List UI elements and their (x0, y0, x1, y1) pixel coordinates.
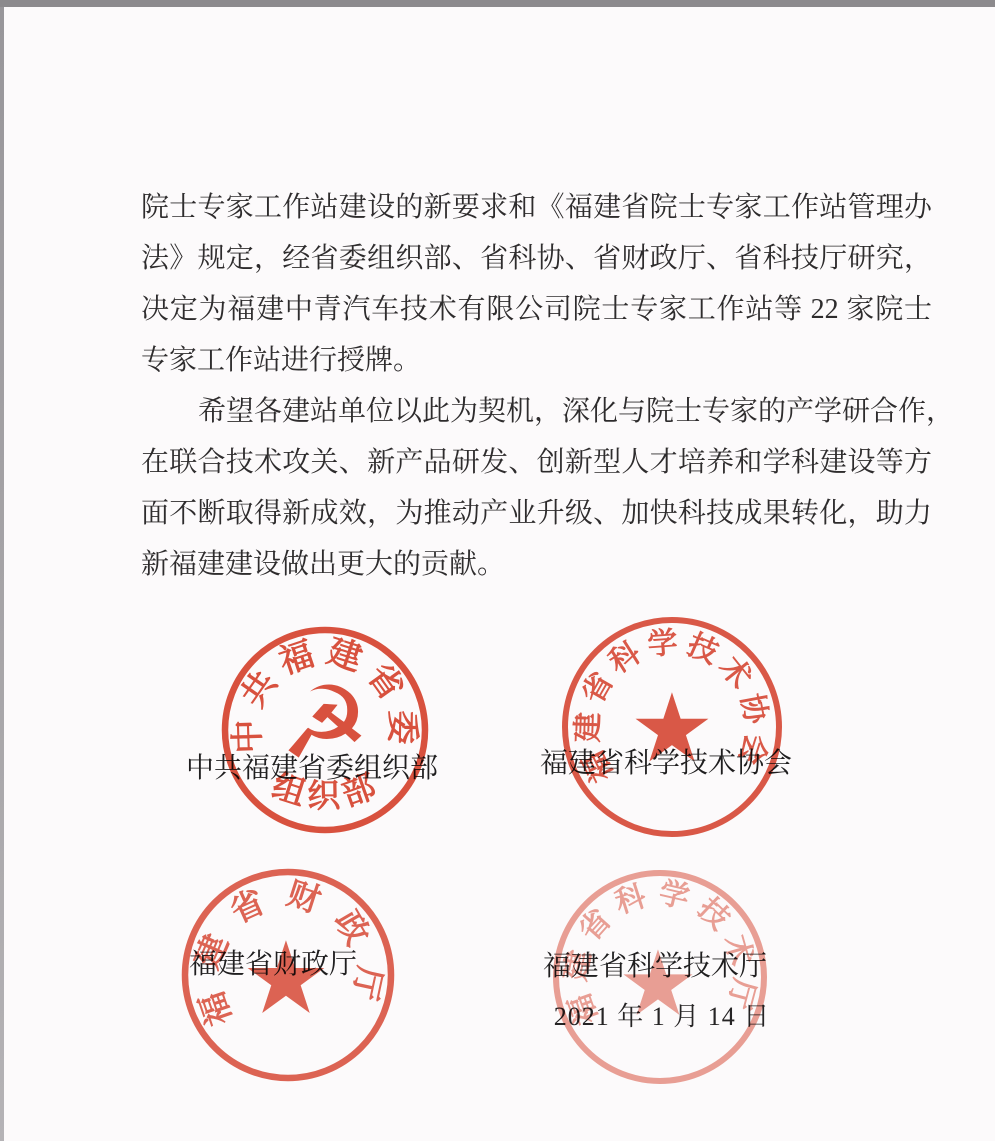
body-line: 院士专家工作站建设的新要求和《福建省院士专家工作站管理办 (141, 182, 932, 233)
scanned-document-page: 院士专家工作站建设的新要求和《福建省院士专家工作站管理办 法》规定，经省委组织部… (0, 0, 995, 1141)
seal-science-dept: 福建省科学技术厅 ★ (550, 867, 770, 1087)
body-line: 希望各建站单位以此为契机，深化与院士专家的产学研合作， (141, 386, 932, 437)
seal-finance-dept: 福建省财政厅 ★ (178, 865, 398, 1085)
body-line: 面不断取得新成效，为推动产业升级、加快科技成果转化，助力 (141, 488, 932, 539)
star-icon: ★ (241, 924, 331, 1035)
star-icon: ★ (618, 936, 699, 1035)
body-line: 法》规定，经省委组织部、省科协、省财政厅、省科技厅研究， (141, 233, 932, 284)
seal-org-dept: 中共福建省委 ☭ 组织部 (215, 620, 435, 840)
seal-science-assoc: 福建省科学技术协会 ★ (557, 612, 787, 842)
left-frame-edge (0, 7, 4, 1141)
body-line: 决定为福建中青汽车技术有限公司院士专家工作站等 22 家院士 (141, 284, 932, 335)
top-frame-edge (0, 0, 995, 7)
star-icon: ★ (629, 676, 714, 782)
body-line: 在联合技术攻关、新产品研发、创新型人才培养和学科建设等方 (141, 437, 932, 488)
body-line: 专家工作站进行授牌。 (141, 335, 932, 386)
party-emblem-icon: ☭ (280, 669, 370, 780)
body-line: 新福建建设做出更大的贡献。 (141, 539, 932, 590)
document-body: 院士专家工作站建设的新要求和《福建省院士专家工作站管理办 法》规定，经省委组织部… (141, 182, 932, 590)
